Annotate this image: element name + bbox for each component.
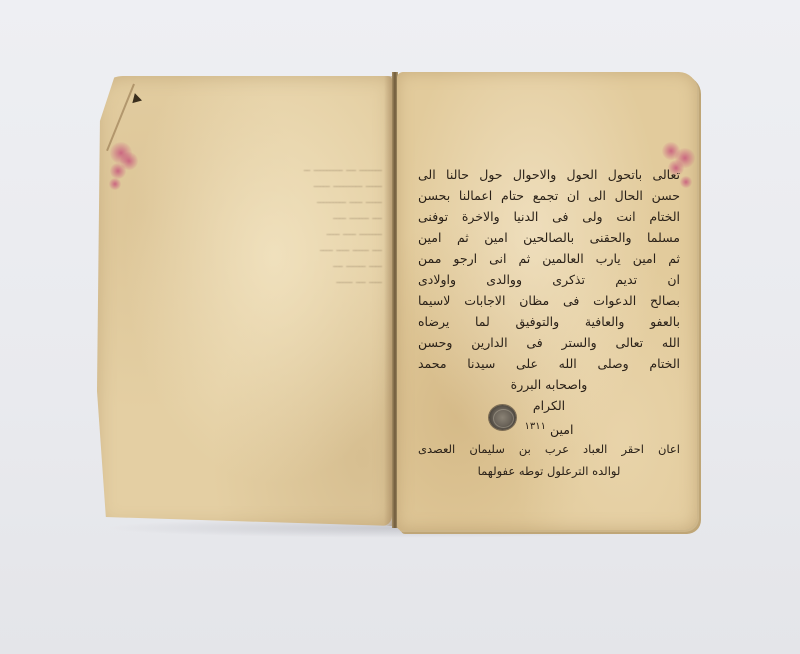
text-line: الختام انت ولى فى الدنيا والاخرة توفنى [418,206,680,227]
pink-stain-left-4 [109,178,121,190]
date: ١٣١١ [525,421,546,432]
text-line: تعالى باتحول الحول والاحوال حول حالنا ال… [418,164,680,185]
text-line: الختام وصلى الله على سيدنا محمد [418,353,680,374]
manuscript-photo: ـــــــ ـــ ـــــــــ ــ ـــــ ـــــــــ… [0,0,800,654]
text-line: ثم امين يارب العالمين ثم انى ارجو ممن [418,248,680,269]
pink-stain-right-4 [680,176,692,188]
closing-word: امين [550,422,573,437]
left-page-gutter [384,76,392,526]
closing-line: امين ١٣١١ [418,416,680,440]
text-line: ان تديم تذكرى ووالدى واولادى [418,269,680,290]
ink-seal [489,405,516,430]
manuscript-text: تعالى باتحول الحول والاحوال حول حالنا ال… [418,164,680,483]
text-line: بالعفو والعافية والتوفيق لما يرضاه [418,311,680,332]
left-page-bleed-through: ـــــــ ـــ ـــــــــ ــ ـــــ ـــــــــ… [222,160,382,320]
text-line: الله تعالى والستر فى الدارين وحسن [418,332,680,353]
text-line: الكرام [418,395,680,416]
pink-stain-left-3 [110,163,126,179]
text-line: بصالح الدعوات فى مظان الاجابات لاسيما [418,290,680,311]
signature-line: لوالده الترعلول توطه عفولهما [418,462,680,483]
text-line: واصحابه البررة [418,374,680,395]
seal-ring [493,409,514,428]
text-line: مسلما والحقنى بالصالحين امين ثم امين [418,227,680,248]
signature-line: اعان احقر العباد عرب بن سليمان العصدى [418,440,680,462]
text-line: حسن الحال الى ان تجمع حتام اعمالنا بحسن [418,185,680,206]
